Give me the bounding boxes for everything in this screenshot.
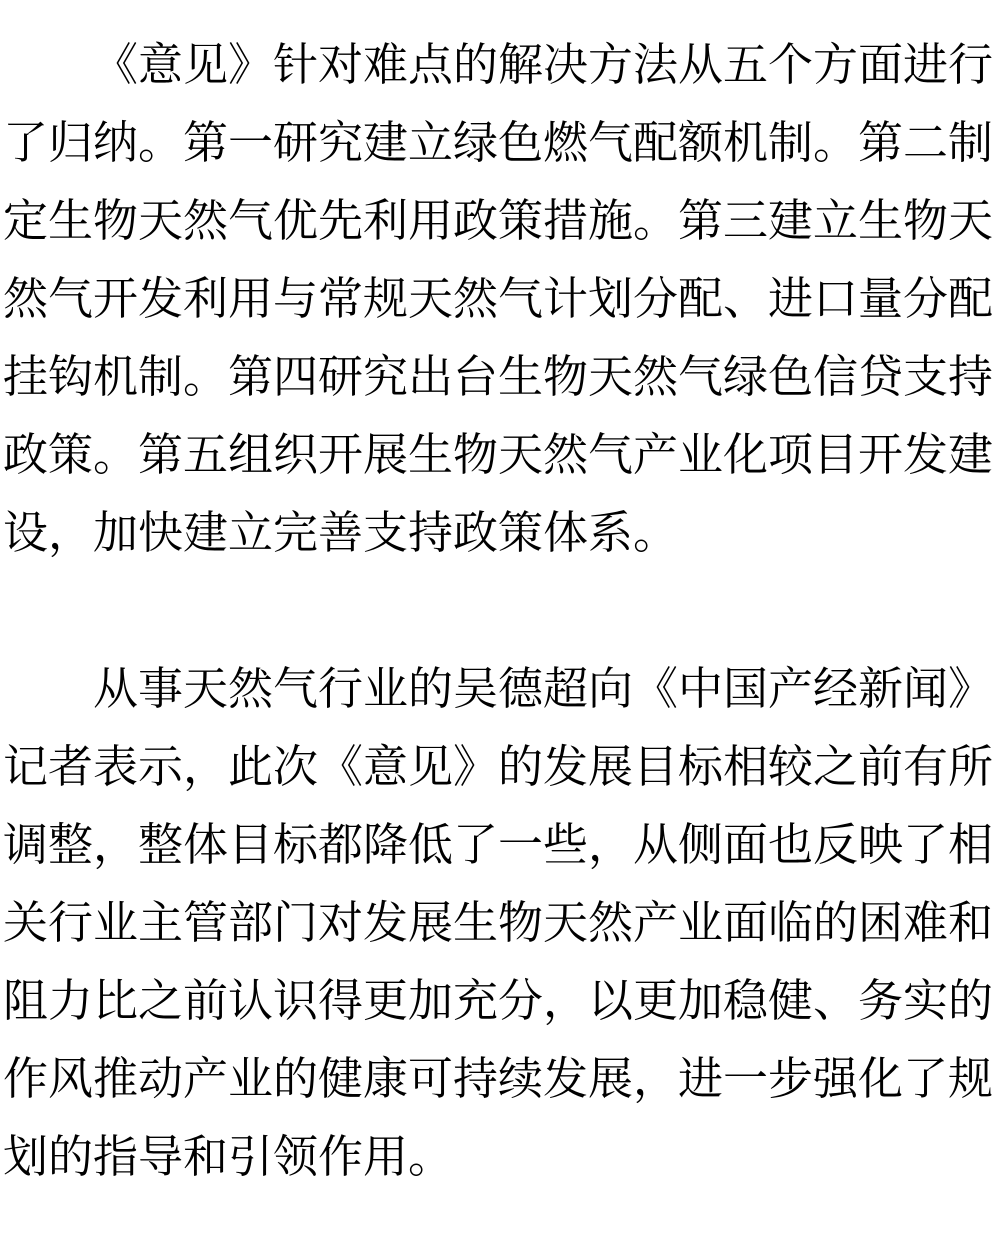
text-line: 挂钩机制。第四研究出台生物天然气绿色信贷支持 [3, 338, 993, 416]
paragraph: 《意见》针对难点的解决方法从五个方面进行 了归纳。第一研究建立绿色燃气配额机制。… [3, 26, 993, 572]
text-line: 划的指导和引领作用。 [3, 1118, 993, 1196]
text-line: 《意见》针对难点的解决方法从五个方面进行 [3, 26, 993, 104]
article-body: 《意见》针对难点的解决方法从五个方面进行 了归纳。第一研究建立绿色燃气配额机制。… [0, 0, 996, 1196]
text-line: 关行业主管部门对发展生物天然产业面临的困难和 [3, 884, 993, 962]
paragraph: 从事天然气行业的吴德超向《中国产经新闻》 记者表示，此次《意见》的发展目标相较之… [3, 650, 993, 1196]
text-line: 调整，整体目标都降低了一些，从侧面也反映了相 [3, 806, 993, 884]
text-line: 定生物天然气优先利用政策措施。第三建立生物天 [3, 182, 993, 260]
text-line: 作风推动产业的健康可持续发展，进一步强化了规 [3, 1040, 993, 1118]
text-line: 政策。第五组织开展生物天然气产业化项目开发建 [3, 416, 993, 494]
text-line: 设，加快建立完善支持政策体系。 [3, 494, 993, 572]
text-line: 了归纳。第一研究建立绿色燃气配额机制。第二制 [3, 104, 993, 182]
text-line: 阻力比之前认识得更加充分，以更加稳健、务实的 [3, 962, 993, 1040]
text-line: 记者表示，此次《意见》的发展目标相较之前有所 [3, 728, 993, 806]
text-line: 然气开发利用与常规天然气计划分配、进口量分配 [3, 260, 993, 338]
text-line: 从事天然气行业的吴德超向《中国产经新闻》 [3, 650, 993, 728]
